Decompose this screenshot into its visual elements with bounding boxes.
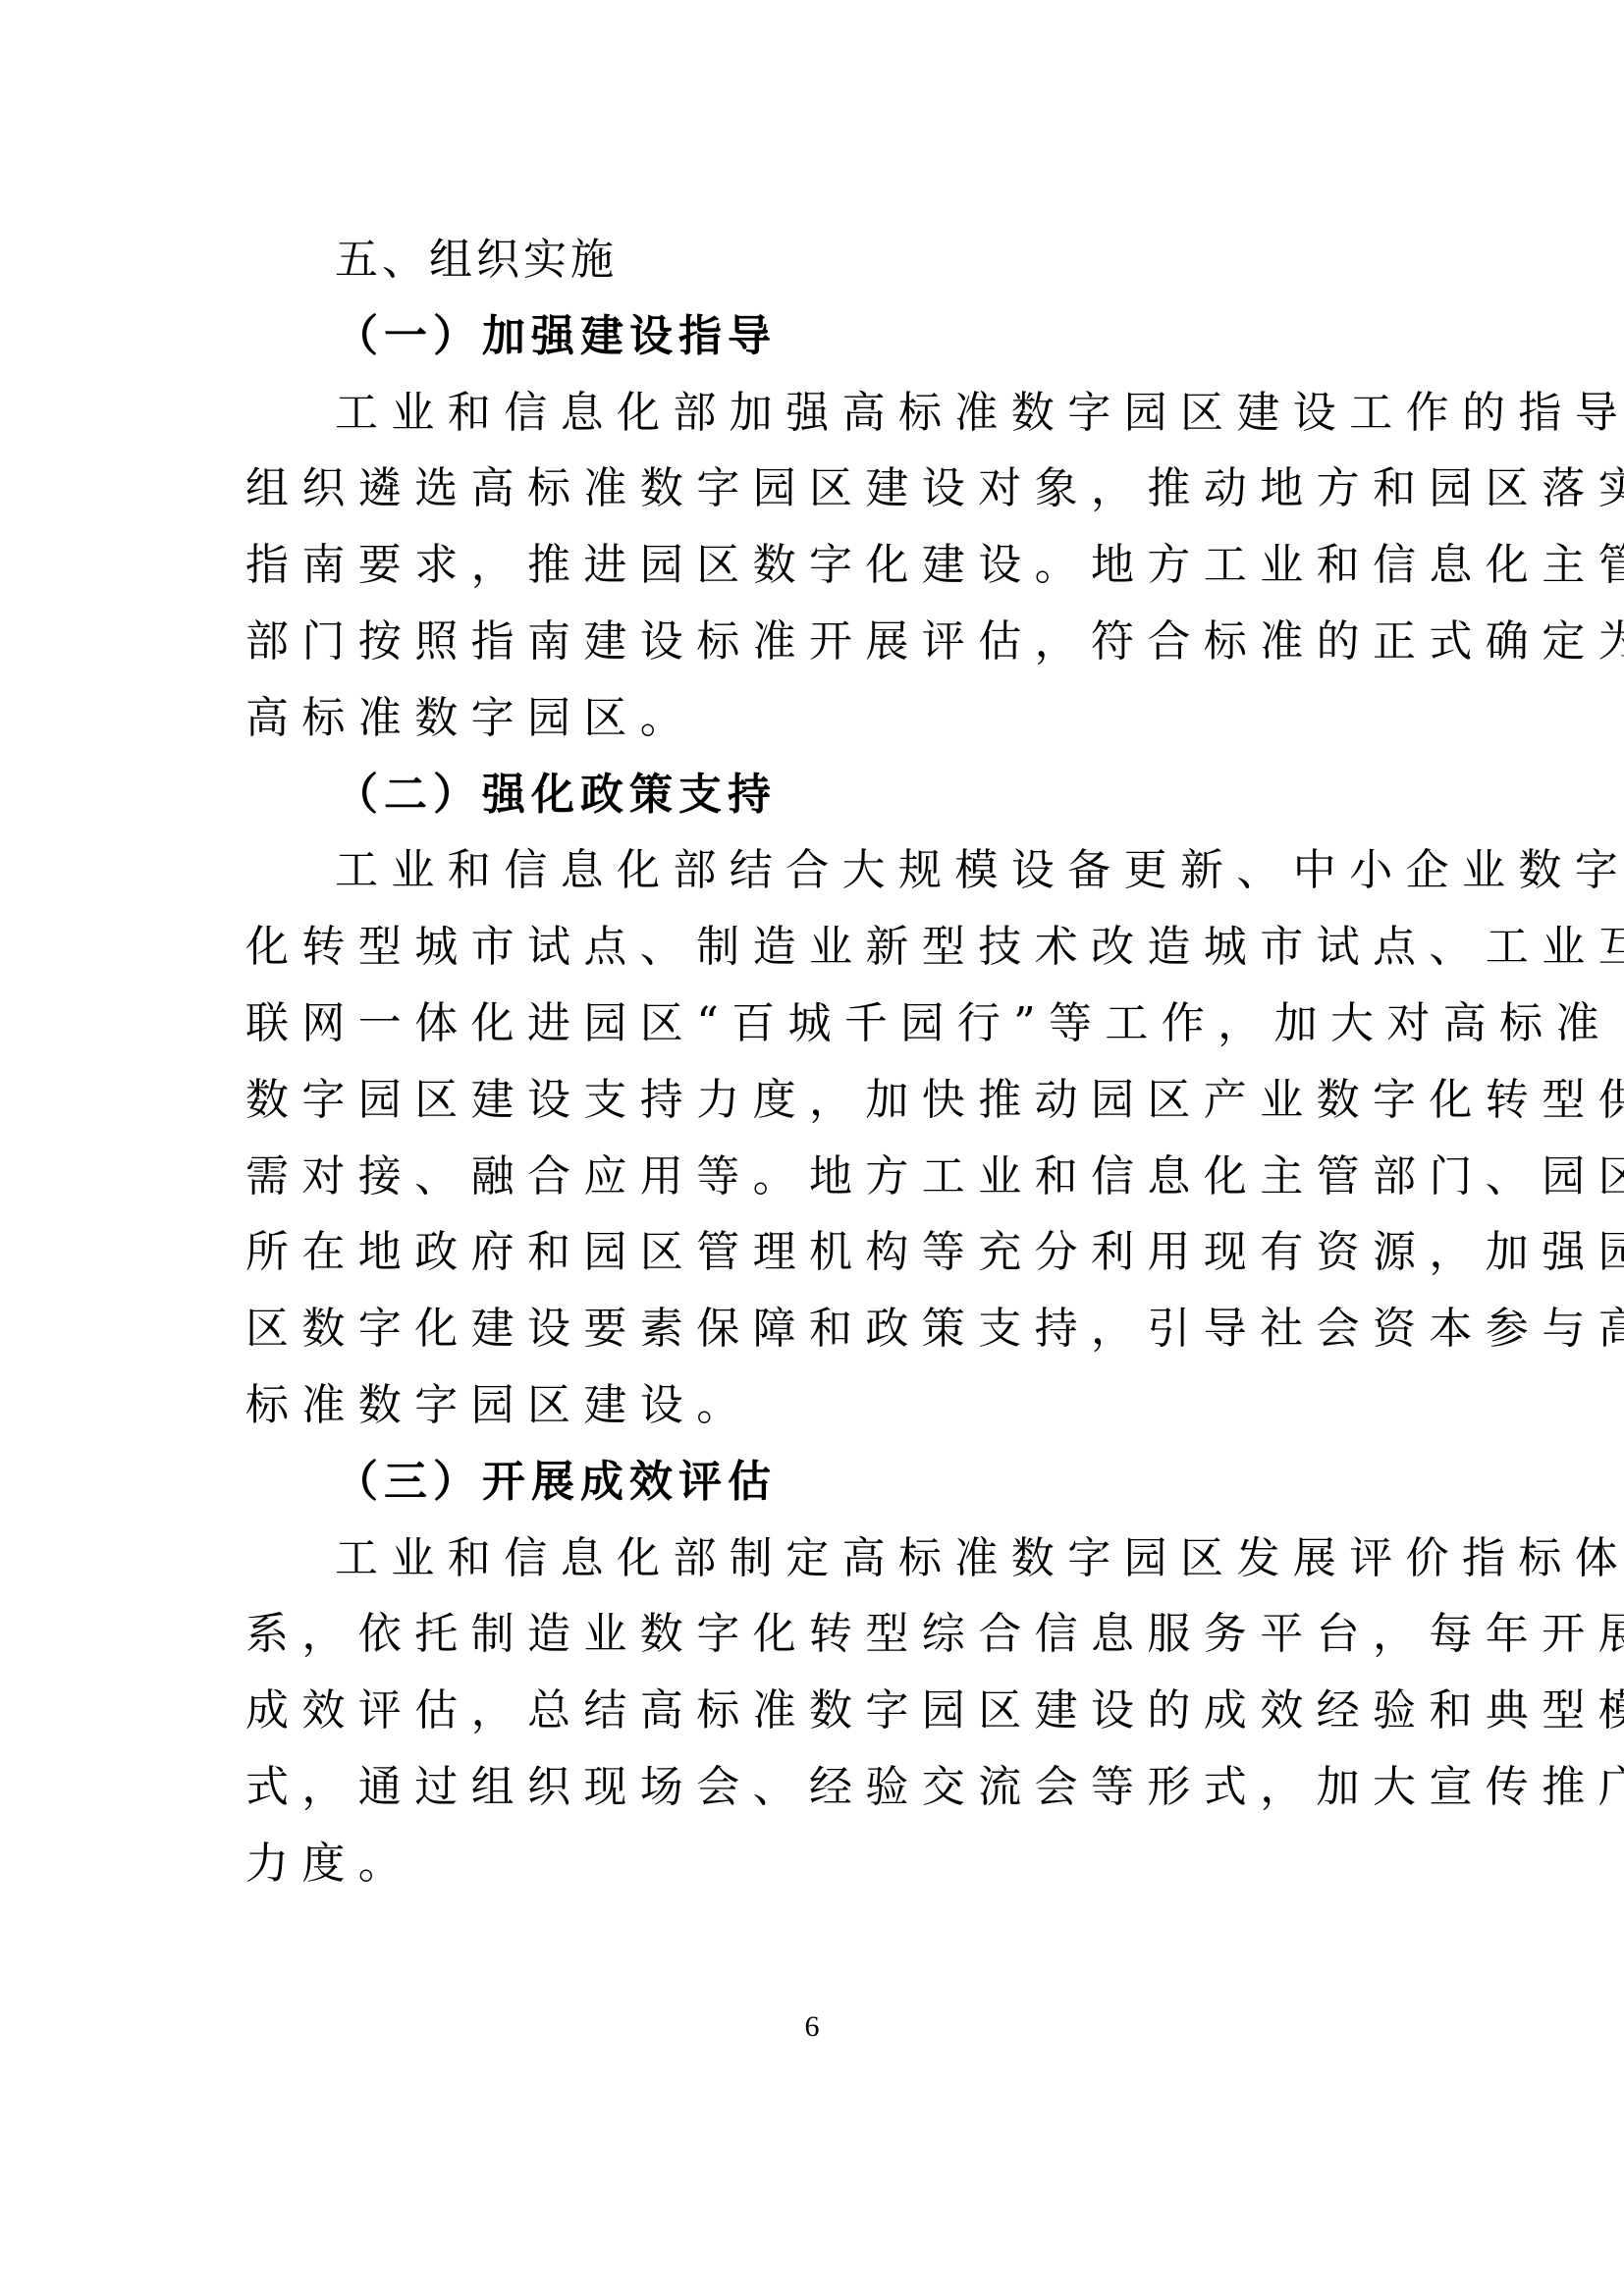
paragraph-line: 工业和信息化部结合大规模设备更新、中小企业数字 <box>245 832 1384 909</box>
page-content: 五、组织实施 （一）加强建设指导 工业和信息化部加强高标准数字园区建设工作的指导… <box>245 222 1384 1902</box>
paragraph-line: 组织遴选高标准数字园区建设对象，推动地方和园区落实 <box>245 451 1384 527</box>
page-number: 6 <box>0 2010 1624 2044</box>
paragraph-line: 需对接、融合应用等。地方工业和信息化主管部门、园区 <box>245 1139 1384 1215</box>
paragraph-line: 式，通过组织现场会、经验交流会等形式，加大宣传推广 <box>245 1749 1384 1826</box>
paragraph-line: 高标准数字园区。 <box>245 680 1384 757</box>
paragraph-line: 工业和信息化部制定高标准数字园区发展评价指标体 <box>245 1521 1384 1597</box>
subsection-heading-1: （一）加强建设指导 <box>245 298 1384 375</box>
subsection-heading-3: （三）开展成效评估 <box>245 1444 1384 1521</box>
paragraph-line: 化转型城市试点、制造业新型技术改造城市试点、工业互 <box>245 909 1384 986</box>
paragraph-line: 联网一体化进园区“百城千园行”等工作，加大对高标准 <box>245 986 1384 1062</box>
paragraph-line: 区数字化建设要素保障和政策支持，引导社会资本参与高 <box>245 1291 1384 1367</box>
paragraph-line: 数字园区建设支持力度，加快推动园区产业数字化转型供 <box>245 1062 1384 1139</box>
section-heading: 五、组织实施 <box>245 222 1384 298</box>
paragraph-line: 所在地政府和园区管理机构等充分利用现有资源，加强园 <box>245 1214 1384 1291</box>
paragraph-line: 指南要求，推进园区数字化建设。地方工业和信息化主管 <box>245 527 1384 604</box>
paragraph-line: 工业和信息化部加强高标准数字园区建设工作的指导， <box>245 375 1384 452</box>
paragraph-line: 标准数字园区建设。 <box>245 1367 1384 1444</box>
paragraph-line: 成效评估，总结高标准数字园区建设的成效经验和典型模 <box>245 1673 1384 1749</box>
paragraph-line: 系，依托制造业数字化转型综合信息服务平台，每年开展 <box>245 1596 1384 1673</box>
document-page: 五、组织实施 （一）加强建设指导 工业和信息化部加强高标准数字园区建设工作的指导… <box>0 0 1624 2296</box>
paragraph-line: 部门按照指南建设标准开展评估，符合标准的正式确定为 <box>245 604 1384 680</box>
paragraph-line: 力度。 <box>245 1826 1384 1902</box>
subsection-heading-2: （二）强化政策支持 <box>245 757 1384 833</box>
